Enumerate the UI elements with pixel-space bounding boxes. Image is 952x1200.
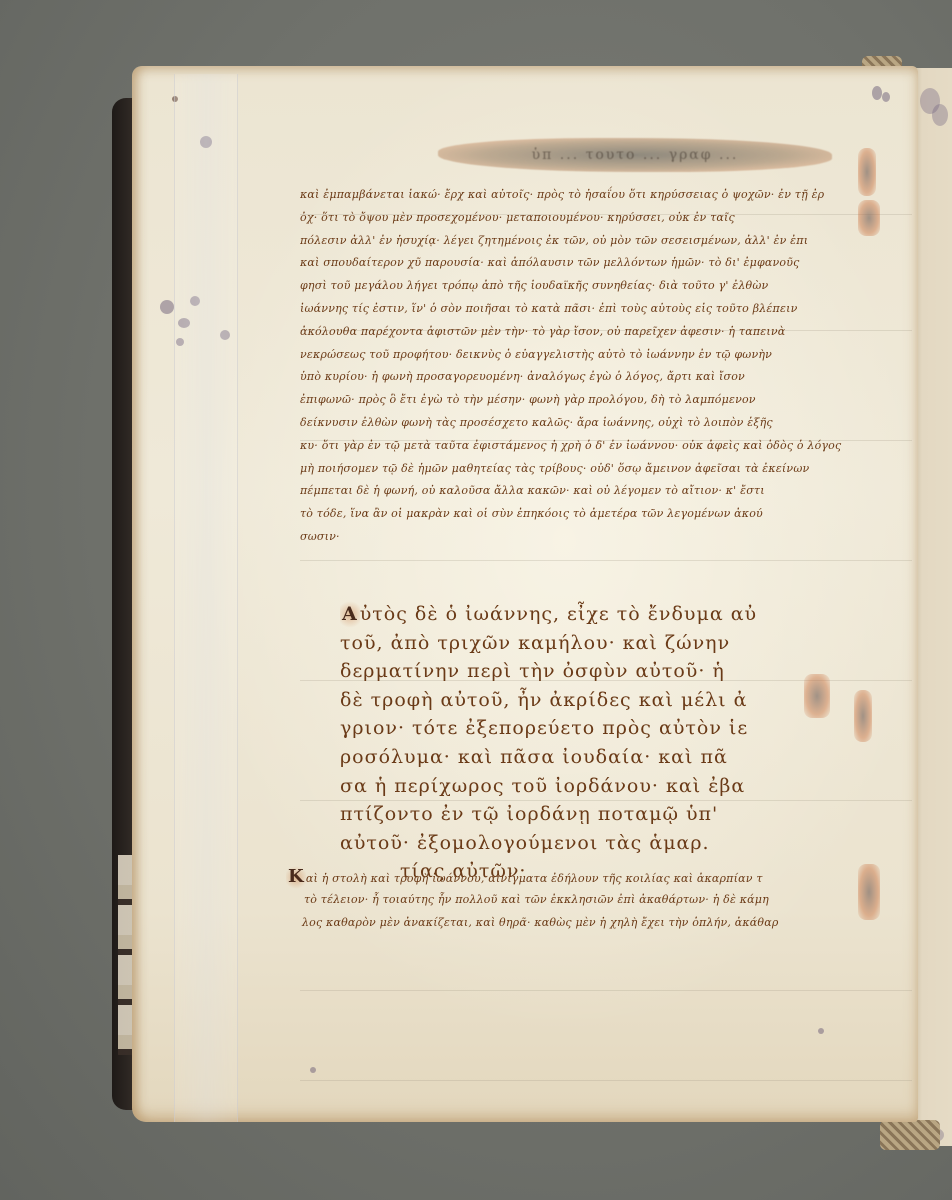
mold-spot	[882, 92, 890, 102]
text-line: πτίζοντο ἐν τῷ ἰορδάνῃ ποταμῷ ὑπ'	[340, 800, 820, 829]
text-line: δείκνυσιν ἐλθὼν φωνὴ τὰς προσέσχετο καλῶ…	[300, 412, 870, 435]
ink-spot	[310, 1067, 316, 1073]
text-line: ἐπιφωνῶ· πρὸς ὃ ἔτι ἐγὼ τὸ τὴν μέσην· φω…	[300, 389, 870, 412]
text-line: ἀκόλουθα παρέχοντα ἀφιστῶν μὲν τὴν· τὸ γ…	[300, 321, 870, 344]
commentary-top: καὶ ἐμπαμβάνεται ἰακώ· ἔρχ καὶ αὐτοῖς· π…	[300, 184, 870, 549]
ruled-line	[300, 990, 912, 991]
text-line: ἰωάννης τίς ἐστιν, ἵν' ὁ σὸν ποιῆσαι τὸ …	[300, 298, 870, 321]
binding-tie-bottom	[880, 1120, 940, 1150]
margin-mark	[858, 864, 880, 920]
text-line: τοῦ, ἀπὸ τριχῶν καμήλου· καὶ ζώνην	[340, 629, 820, 658]
text-line: καὶ σπουδαίτερον χῦ παρουσία· καὶ ἀπόλαυ…	[300, 252, 870, 275]
commentary-line-rest: αὶ ἡ στολὴ καὶ τροφὴ ἰωάννου, αἰνίγματα …	[306, 872, 763, 885]
text-line: πέμπεται δὲ ἡ φωνή, οὐ καλοῦσα ἄλλα κακῶ…	[300, 480, 870, 503]
text-line: ροσόλυμα· καὶ πᾶσα ἰουδαία· καὶ πᾶ	[340, 743, 820, 772]
text-line: ὀχ· ὅτι τὸ ὄψου μὲν προσεχομένου· μεταπο…	[300, 207, 870, 230]
text-line: μὴ ποιήσομεν τῷ δὲ ἡμῶν μαθητείας τὰς τρ…	[300, 458, 870, 481]
ruled-line	[300, 1080, 912, 1081]
text-line: λος καθαρὸν μὲν ἀνακίζεται, καὶ θηρᾶ· κα…	[286, 912, 856, 935]
ruled-line	[300, 560, 912, 561]
text-line: σωσιν·	[300, 526, 870, 549]
text-line: Αὐτὸς δὲ ὁ ἰωάννης, εἶχε τὸ ἔνδυμα αὐ	[340, 600, 820, 629]
decorated-initial: Α	[340, 600, 360, 629]
faded-header-rubric: ὑπ ... τουτο ... γραφ ...	[438, 138, 832, 172]
lemma-line-rest: ὐτὸς δὲ ὁ ἰωάννης, εἶχε τὸ ἔνδυμα αὐ	[360, 603, 757, 625]
text-line: Καὶ ἡ στολὴ καὶ τροφὴ ἰωάννου, αἰνίγματα…	[286, 866, 856, 889]
text-line: δερματίνην περὶ τὴν ὀσφὺν αὐτοῦ· ἡ	[340, 657, 820, 686]
text-line: ὑπὸ κυρίου· ἡ φωνὴ προσαγορευομένη· ἀναλ…	[300, 366, 870, 389]
ink-spot	[818, 1028, 824, 1034]
text-line: φησὶ τοῦ μεγάλου λήγει τρόπῳ ἀπὸ τῆς ἰου…	[300, 275, 870, 298]
lemma-text: Αὐτὸς δὲ ὁ ἰωάννης, εἶχε τὸ ἔνδυμα αὐ το…	[340, 600, 820, 886]
mold-spot	[160, 300, 174, 314]
decorated-initial: Κ	[286, 866, 306, 889]
text-line: δὲ τροφὴ αὐτοῦ, ἦν ἀκρίδες καὶ μέλι ἀ	[340, 686, 820, 715]
text-line: σα ἡ περίχωρος τοῦ ἰορδάνου· καὶ ἐβα	[340, 772, 820, 801]
text-line: πόλεσιν ἀλλ' ἐν ἡσυχίᾳ· λέγει ζητημένοις…	[300, 230, 870, 253]
commentary-bottom: Καὶ ἡ στολὴ καὶ τροφὴ ἰωάννου, αἰνίγματα…	[286, 866, 856, 934]
text-line: καὶ ἐμπαμβάνεται ἰακώ· ἔρχ καὶ αὐτοῖς· π…	[300, 184, 870, 207]
text-line: κυ· ὅτι γὰρ ἐν τῷ μετὰ ταῦτα ἐφιστάμενος…	[300, 435, 870, 458]
margin-mark	[854, 690, 872, 742]
text-line: τὸ τέλειον· ἦ τοιαύτης ἦν πολλοῦ καὶ τῶν…	[286, 889, 856, 912]
text-line: νεκρώσεως τοῦ προφήτου· δεικνὺς ὁ εὐαγγε…	[300, 344, 870, 367]
mold-spot	[872, 86, 882, 100]
text-line: γριον· τότε ἐξεπορεύετο πρὸς αὐτὸν ἱε	[340, 714, 820, 743]
text-line: τὸ τόδε, ἵνα ἂν οἱ μακρὰν καὶ οἱ σὺν ἐπη…	[300, 503, 870, 526]
conservation-tape	[174, 74, 238, 1122]
text-line: αὐτοῦ· ἐξομολογούμενοι τὰς ἁμαρ.	[340, 829, 820, 858]
